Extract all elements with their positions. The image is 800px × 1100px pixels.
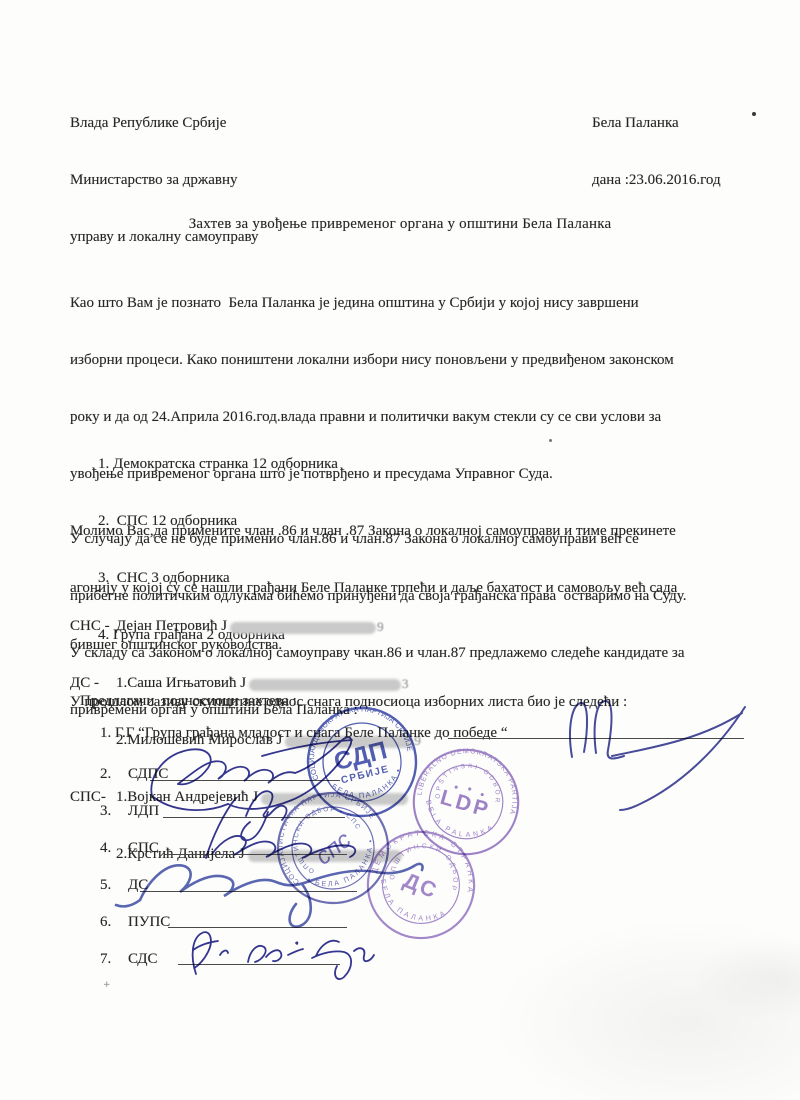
candidate-name: Дејан Петровић Ј [116, 617, 227, 636]
seat-item: 1. Демократска странка 12 одборника [98, 455, 338, 474]
party-label: ДС [128, 876, 148, 895]
sps-center-text: спс [310, 826, 356, 870]
ldp-center-text: LDP [438, 785, 494, 822]
item-number: 7. [100, 950, 128, 969]
scan-speck [752, 112, 756, 116]
candidate-name: 1.Саша Игњатовић Ј [116, 674, 246, 693]
proposer-item: 4. СПС [100, 839, 159, 858]
item-number: 3. [100, 802, 128, 821]
scan-mark: + [103, 980, 111, 990]
candidate-party: ДС - [70, 674, 116, 693]
item-number: 4. [100, 839, 128, 858]
proposer-item: 3. ЛДП [100, 802, 159, 821]
party-label: ЛДП [128, 802, 159, 821]
party-label: СПС [128, 839, 159, 858]
candidate-party: СНС - [70, 617, 116, 636]
place: Бела Паланка [592, 114, 721, 133]
para2-line: У случају да се не буде применио члан.86… [70, 530, 770, 549]
party-label: СДПС [128, 765, 168, 784]
scan-speck [549, 439, 552, 442]
para1-line: Као што Вам је познато Бела Паланка је ј… [70, 294, 770, 313]
party-label: ПУПС [128, 913, 170, 932]
place-date-block: Бела Паланка дана :23.06.2016.год [592, 76, 721, 228]
party-label: СДС [128, 950, 158, 969]
signature-line-gg [448, 738, 744, 739]
redacted-id-smudge [230, 622, 376, 634]
sender-line: Министарство за државну [70, 171, 259, 190]
item-number: 5. [100, 876, 128, 895]
proposers-heading: Предлагачи подносиоци захтева : [80, 692, 297, 711]
candidate-row: СНС - Дејан Петровић Ј 9 [70, 617, 770, 636]
document-title: Захтев за увођење привременог органа у о… [0, 215, 800, 234]
redacted-id-smudge [249, 679, 401, 691]
redacted-id-tail: 9 [377, 617, 384, 636]
item-number: 6. [100, 913, 128, 932]
para1-line: изборни процеси. Како поништени локални … [70, 351, 770, 370]
candidate-row: ДС - 1.Саша Игњатовић Ј 3 [70, 674, 770, 693]
item-number: 2. [100, 765, 128, 784]
sender-address: Влада Републике Србије Министарство за д… [70, 76, 259, 285]
sender-line: Влада Републике Србије [70, 114, 259, 133]
proposer-item: 5. ДС [100, 876, 148, 895]
signature-line-sds [178, 964, 340, 965]
proposer-item: 7. СДС [100, 950, 158, 969]
ds-center-text: ДС [400, 867, 442, 903]
signature-sds [193, 932, 374, 979]
proposer-item: 6. ПУПС [100, 913, 170, 932]
scanned-document-page: Влада Републике Србије Министарство за д… [0, 0, 800, 1100]
date-line: дана :23.06.2016.год [592, 171, 721, 190]
proposer-item: 2. СДПС [100, 765, 168, 784]
